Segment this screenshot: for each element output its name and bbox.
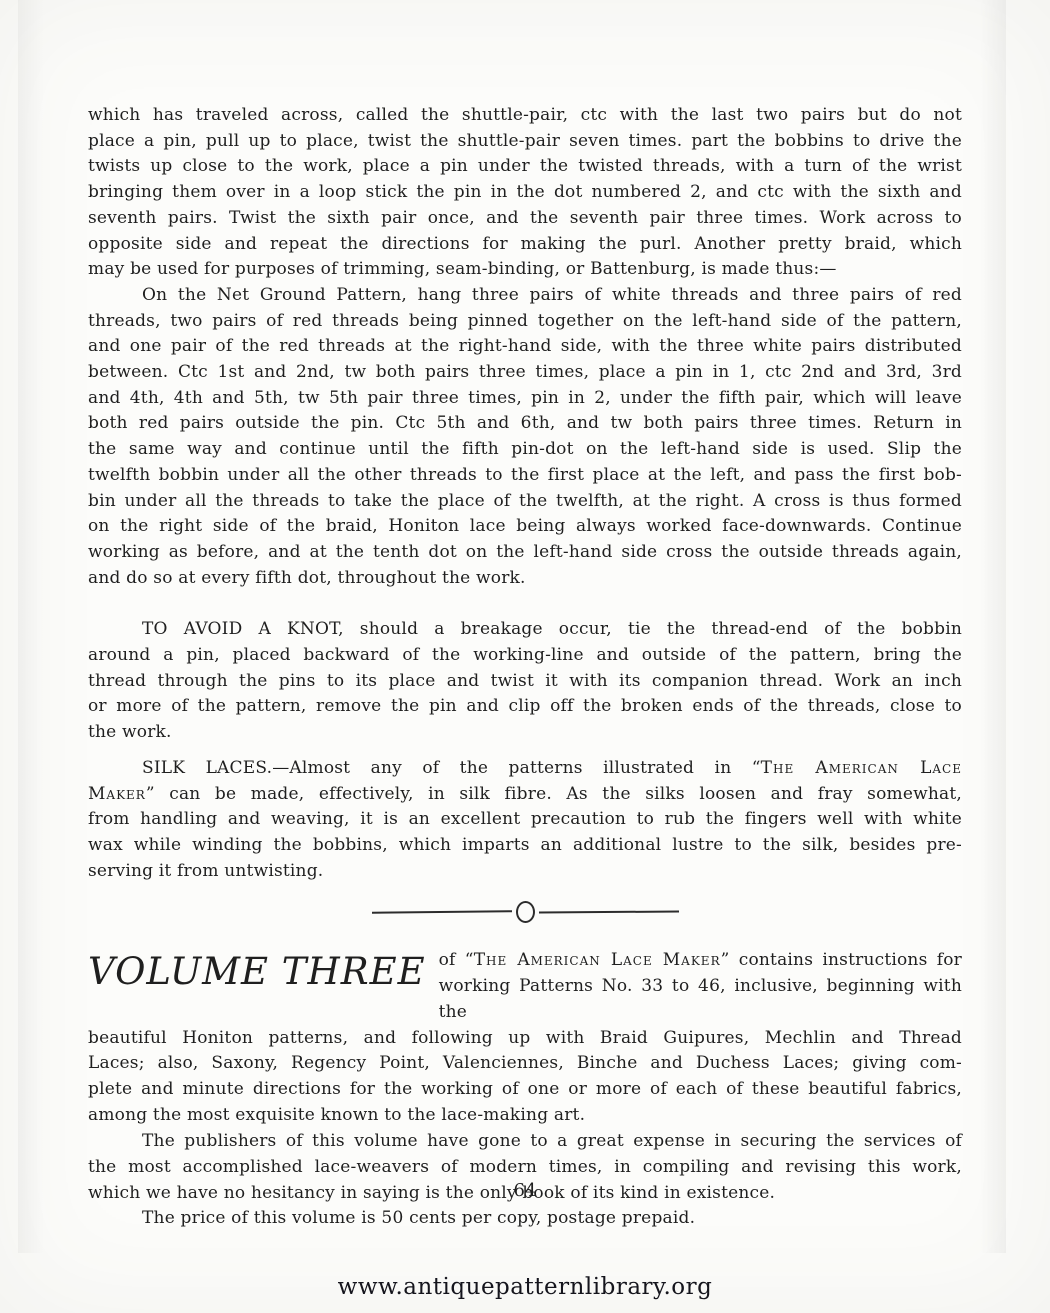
scan-edge-shading-right (980, 0, 1006, 1253)
text-segment: ” can be made, effectively, in silk fibr… (146, 784, 962, 804)
text-line: working as before, and at the tenth dot … (88, 540, 962, 566)
text-line: beautiful Honiton patterns, and followin… (88, 1026, 962, 1052)
text-line: which has traveled across, called the sh… (88, 103, 962, 129)
text-line: Maker” can be made, effectively, in silk… (88, 782, 962, 808)
text-line: the most accomplished lace-weavers of mo… (88, 1155, 962, 1181)
text-line: the work. (88, 720, 962, 746)
text-line: on the right side of the braid, Honiton … (88, 514, 962, 540)
text-line: plete and minute directions for the work… (88, 1077, 962, 1103)
watermark-url: www.antiquepatternlibrary.org (0, 1274, 1050, 1300)
scan-edge-shading-left (18, 0, 44, 1253)
text-line: opposite side and repeat the directions … (88, 232, 962, 258)
book-title-smallcaps: The American Lace (761, 758, 962, 778)
text-segment: of “ (439, 950, 474, 970)
volume-three-heading: VOLUME THREE (88, 948, 426, 1000)
text-line: The publishers of this volume have gone … (88, 1129, 962, 1155)
text-line: wax while winding the bobbins, which imp… (88, 833, 962, 859)
paragraph-avoid-knot: TO AVOID A KNOT, should a breakage occur… (88, 617, 962, 746)
paragraph-silk-laces: SILK LACES.—Almost any of the patterns i… (88, 756, 962, 885)
text-line: may be used for purposes of trimming, se… (88, 257, 962, 283)
text-line: serving it from untwisting. (88, 859, 962, 885)
paragraph-price: The price of this volume is 50 cents per… (88, 1206, 962, 1232)
scanned-book-page: which has traveled across, called the sh… (0, 0, 1050, 1313)
text-line: and one pair of the red threads at the r… (88, 334, 962, 360)
text-line: between. Ctc 1st and 2nd, tw both pairs … (88, 360, 962, 386)
text-segment: SILK LACES.—Almost any of the patterns i… (142, 758, 761, 778)
divider-circle (516, 901, 535, 923)
page-number: 64 (0, 1180, 1050, 1201)
text-line: Laces; also, Saxony, Regency Point, Vale… (88, 1051, 962, 1077)
text-line: seventh pairs. Twist the sixth pair once… (88, 206, 962, 232)
divider-line-right (538, 911, 678, 914)
text-line: bringing them over in a loop stick the p… (88, 180, 962, 206)
text-line: and do so at every fifth dot, throughout… (88, 566, 962, 592)
book-title-smallcaps: Maker (88, 784, 146, 804)
paragraph-net-ground-pattern: On the Net Ground Pattern, hang three pa… (88, 283, 962, 591)
text-line: among the most exquisite known to the la… (88, 1103, 962, 1129)
text-line: TO AVOID A KNOT, should a breakage occur… (88, 617, 962, 643)
text-line: twelfth bobbin under all the other threa… (88, 463, 962, 489)
paragraph-braid-directions: which has traveled across, called the sh… (88, 103, 962, 283)
text-line: and 4th, 4th and 5th, tw 5th pair three … (88, 386, 962, 412)
text-line: or more of the pattern, remove the pin a… (88, 694, 962, 720)
text-line: bin under all the threads to take the pl… (88, 489, 962, 515)
text-line: The price of this volume is 50 cents per… (88, 1206, 962, 1232)
text-line: thread through the pins to its place and… (88, 669, 962, 695)
book-title-smallcaps: The American Lace Maker (474, 950, 721, 970)
text-line: around a pin, placed backward of the wor… (88, 643, 962, 669)
text-segment: ” contains instructions for (721, 950, 962, 970)
text-line: threads, two pairs of red threads being … (88, 309, 962, 335)
text-line: twists up close to the work, place a pin… (88, 154, 962, 180)
text-line: both red pairs outside the pin. Ctc 5th … (88, 411, 962, 437)
divider-line-left (371, 911, 511, 914)
text-column: which has traveled across, called the sh… (88, 103, 962, 1232)
text-line: On the Net Ground Pattern, hang three pa… (88, 283, 962, 309)
paragraph-volume-three: VOLUME THREE of “The American Lace Maker… (88, 948, 962, 1128)
text-line: from handling and weaving, it is an exce… (88, 807, 962, 833)
section-divider-ornament (88, 900, 962, 924)
text-line: place a pin, pull up to place, twist the… (88, 129, 962, 155)
text-line: SILK LACES.—Almost any of the patterns i… (88, 756, 962, 782)
text-line: the same way and continue until the fift… (88, 437, 962, 463)
